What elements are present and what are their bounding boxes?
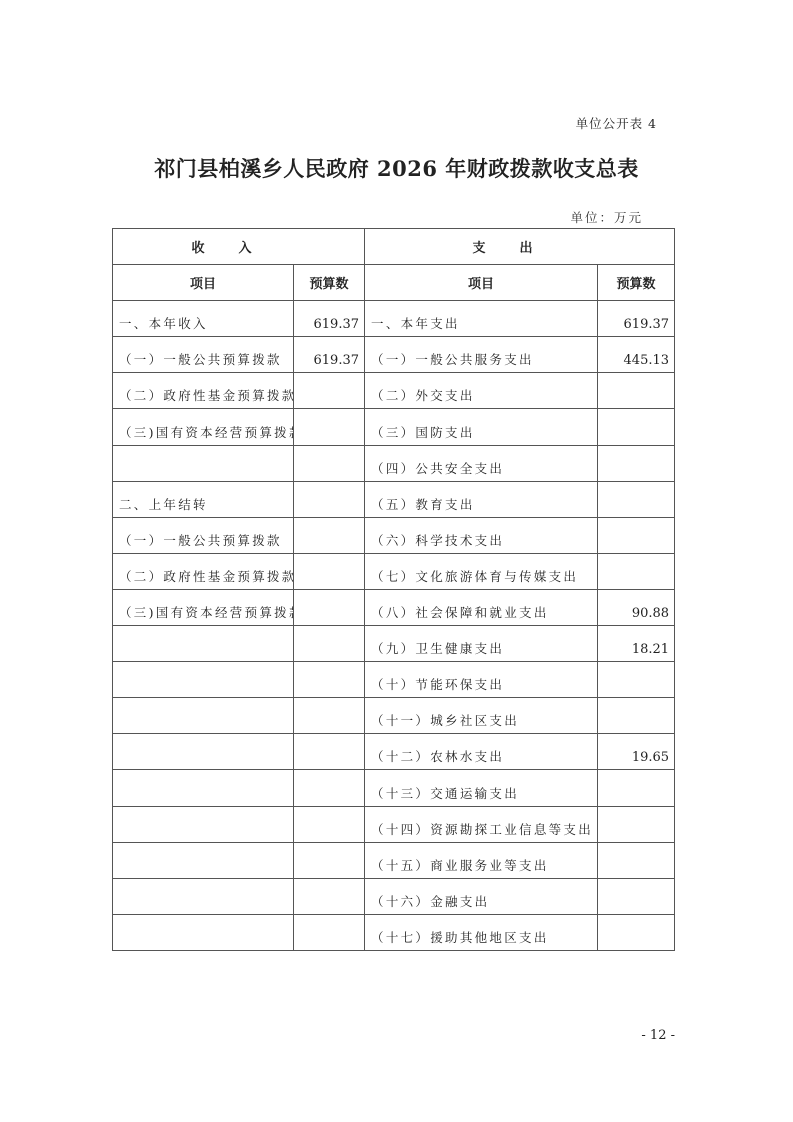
income-value-cell bbox=[294, 626, 365, 662]
page-title: 祁门县柏溪乡人民政府 2026 年财政拨款收支总表 bbox=[0, 153, 793, 183]
table-row: （一）一般公共预算拨款619.37（一）一般公共服务支出445.13 bbox=[113, 337, 675, 373]
table-row: （十）节能环保支出 bbox=[113, 662, 675, 698]
income-value-cell: 619.37 bbox=[294, 301, 365, 337]
income-value-cell bbox=[294, 914, 365, 950]
table-row: （三)国有资本经营预算拨款（八）社会保障和就业支出90.88 bbox=[113, 589, 675, 625]
expense-value-cell: 619.37 bbox=[598, 301, 675, 337]
expense-value-cell: 18.21 bbox=[598, 626, 675, 662]
page-number: - 12 - bbox=[641, 1028, 675, 1043]
expense-item-cell: （五）教育支出 bbox=[365, 481, 598, 517]
expense-value-cell: 19.65 bbox=[598, 734, 675, 770]
income-value-cell bbox=[294, 409, 365, 445]
table-row: 二、上年结转（五）教育支出 bbox=[113, 481, 675, 517]
expense-item-cell: （二）外交支出 bbox=[365, 373, 598, 409]
income-value-cell bbox=[294, 373, 365, 409]
expense-item-cell: （十三）交通运输支出 bbox=[365, 770, 598, 806]
expense-value-cell: 90.88 bbox=[598, 589, 675, 625]
expense-item-cell: （十五）商业服务业等支出 bbox=[365, 842, 598, 878]
expense-item-cell: （七）文化旅游体育与传媒支出 bbox=[365, 553, 598, 589]
expense-value-cell bbox=[598, 842, 675, 878]
income-item-cell: 二、上年结转 bbox=[113, 481, 294, 517]
expense-item-cell: （一）一般公共服务支出 bbox=[365, 337, 598, 373]
income-item-cell: （二）政府性基金预算拨款 bbox=[113, 373, 294, 409]
income-value-cell bbox=[294, 589, 365, 625]
expense-section-header: 支出 bbox=[365, 229, 675, 265]
expense-item-cell: （六）科学技术支出 bbox=[365, 517, 598, 553]
expense-item-cell: （八）社会保障和就业支出 bbox=[365, 589, 598, 625]
income-value-cell bbox=[294, 662, 365, 698]
section-header-row: 收入 支出 bbox=[113, 229, 675, 265]
expense-item-cell: （十六）金融支出 bbox=[365, 878, 598, 914]
income-item-cell bbox=[113, 445, 294, 481]
expense-value-cell bbox=[598, 878, 675, 914]
expense-item-cell: （三）国防支出 bbox=[365, 409, 598, 445]
expense-value-cell bbox=[598, 553, 675, 589]
table-row: （十七）援助其他地区支出 bbox=[113, 914, 675, 950]
expense-value-cell bbox=[598, 914, 675, 950]
unit-label: 单位：万元 bbox=[570, 208, 643, 226]
expense-item-cell: （十）节能环保支出 bbox=[365, 662, 598, 698]
form-number: 单位公开表 4 bbox=[576, 114, 657, 132]
table-row: （四）公共安全支出 bbox=[113, 445, 675, 481]
expense-value-cell bbox=[598, 481, 675, 517]
table-row: （一）一般公共预算拨款（六）科学技术支出 bbox=[113, 517, 675, 553]
expense-item-cell: （十一）城乡社区支出 bbox=[365, 698, 598, 734]
table-row: （十六）金融支出 bbox=[113, 878, 675, 914]
income-item-cell bbox=[113, 914, 294, 950]
income-value-cell bbox=[294, 445, 365, 481]
table-row: （十五）商业服务业等支出 bbox=[113, 842, 675, 878]
income-value-cell bbox=[294, 878, 365, 914]
expense-item-cell: （四）公共安全支出 bbox=[365, 445, 598, 481]
income-value-cell bbox=[294, 842, 365, 878]
income-item-cell bbox=[113, 878, 294, 914]
income-item-cell bbox=[113, 842, 294, 878]
income-item-cell bbox=[113, 806, 294, 842]
income-item-cell: （二）政府性基金预算拨款 bbox=[113, 553, 294, 589]
income-item-cell: （一）一般公共预算拨款 bbox=[113, 517, 294, 553]
expense-value-cell bbox=[598, 698, 675, 734]
expense-value-cell bbox=[598, 373, 675, 409]
income-item-cell: （三)国有资本经营预算拨款 bbox=[113, 409, 294, 445]
expense-value-cell bbox=[598, 806, 675, 842]
income-section-header: 收入 bbox=[113, 229, 365, 265]
income-item-cell: （一）一般公共预算拨款 bbox=[113, 337, 294, 373]
income-value-cell bbox=[294, 806, 365, 842]
income-item-cell bbox=[113, 698, 294, 734]
expense-value-cell bbox=[598, 662, 675, 698]
income-value-cell bbox=[294, 734, 365, 770]
expense-item-cell: 一、本年支出 bbox=[365, 301, 598, 337]
table-row: （十一）城乡社区支出 bbox=[113, 698, 675, 734]
column-header-row: 项目 预算数 项目 预算数 bbox=[113, 265, 675, 301]
expense-item-cell: （十四）资源勘探工业信息等支出 bbox=[365, 806, 598, 842]
expense-value-cell bbox=[598, 517, 675, 553]
expense-value-cell bbox=[598, 445, 675, 481]
expense-budget-header: 预算数 bbox=[598, 265, 675, 301]
expense-value-cell: 445.13 bbox=[598, 337, 675, 373]
income-item-cell bbox=[113, 770, 294, 806]
expense-item-header: 项目 bbox=[365, 265, 598, 301]
income-item-cell bbox=[113, 662, 294, 698]
table-row: （九）卫生健康支出18.21 bbox=[113, 626, 675, 662]
income-value-cell bbox=[294, 553, 365, 589]
expense-item-cell: （十七）援助其他地区支出 bbox=[365, 914, 598, 950]
income-value-cell: 619.37 bbox=[294, 337, 365, 373]
table-row: 一、本年收入619.37一、本年支出619.37 bbox=[113, 301, 675, 337]
income-item-cell bbox=[113, 734, 294, 770]
table-row: （二）政府性基金预算拨款（二）外交支出 bbox=[113, 373, 675, 409]
table-row: （十三）交通运输支出 bbox=[113, 770, 675, 806]
table-row: （十四）资源勘探工业信息等支出 bbox=[113, 806, 675, 842]
table-row: （三)国有资本经营预算拨款（三）国防支出 bbox=[113, 409, 675, 445]
income-budget-header: 预算数 bbox=[294, 265, 365, 301]
expense-value-cell bbox=[598, 409, 675, 445]
budget-summary-table: 收入 支出 项目 预算数 项目 预算数 一、本年收入619.37一、本年支出61… bbox=[112, 228, 675, 951]
income-item-cell: （三)国有资本经营预算拨款 bbox=[113, 589, 294, 625]
expense-value-cell bbox=[598, 770, 675, 806]
income-value-cell bbox=[294, 698, 365, 734]
table-row: （二）政府性基金预算拨款（七）文化旅游体育与传媒支出 bbox=[113, 553, 675, 589]
income-value-cell bbox=[294, 517, 365, 553]
income-value-cell bbox=[294, 481, 365, 517]
expense-item-cell: （十二）农林水支出 bbox=[365, 734, 598, 770]
income-item-header: 项目 bbox=[113, 265, 294, 301]
table-row: （十二）农林水支出19.65 bbox=[113, 734, 675, 770]
income-item-cell: 一、本年收入 bbox=[113, 301, 294, 337]
income-value-cell bbox=[294, 770, 365, 806]
income-item-cell bbox=[113, 626, 294, 662]
expense-item-cell: （九）卫生健康支出 bbox=[365, 626, 598, 662]
